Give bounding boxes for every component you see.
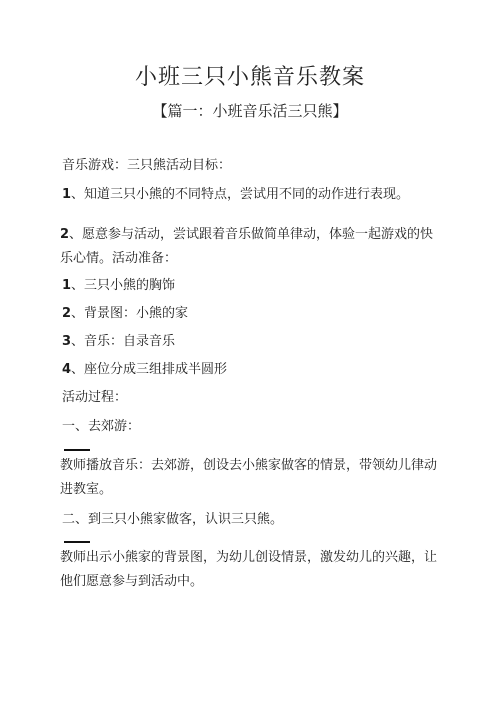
step-1-text: 教师播放音乐：去郊游，创设去小熊家做客的情景，带领幼儿律动进教室。 xyxy=(60,454,445,502)
item-text: 、知道三只小熊的不同特点，尝试用不同的动作进行表现。 xyxy=(71,187,409,202)
prep-item-1: 1、三只小熊的胸饰 xyxy=(62,274,175,293)
item-number: 2 xyxy=(60,227,69,242)
item-text: 、音乐：自录音乐 xyxy=(71,334,175,349)
item-number: 4 xyxy=(62,362,71,377)
divider xyxy=(64,541,90,543)
activity-goals-heading: 音乐游戏：三只熊活动目标： xyxy=(62,154,231,173)
item-number: 1 xyxy=(62,278,71,293)
goal-item-1: 1、知道三只小熊的不同特点，尝试用不同的动作进行表现。 xyxy=(62,183,409,202)
prep-item-3: 3、音乐：自录音乐 xyxy=(62,330,175,349)
item-number: 1 xyxy=(62,187,71,202)
item-number: 3 xyxy=(62,334,71,349)
step-2-heading: 二、到三只小熊家做客，认识三只熊。 xyxy=(62,508,283,527)
section-heading: 【篇一：小班音乐活三只熊】 xyxy=(0,100,500,121)
process-heading: 活动过程： xyxy=(62,386,127,405)
item-text: 、愿意参与活动，尝试跟着音乐做简单律动，体验一起游戏的快乐心情。活动准备： xyxy=(60,227,433,266)
item-number: 2 xyxy=(62,306,71,321)
prep-item-2: 2、背景图：小熊的家 xyxy=(62,302,188,321)
item-text: 、背景图：小熊的家 xyxy=(71,306,188,321)
step-2-text: 教师出示小熊家的背景图，为幼儿创设情景，激发幼儿的兴趣，让他们愿意参与到活动中。 xyxy=(60,546,445,594)
item-text: 、座位分成三组排成半圆形 xyxy=(71,362,227,377)
document-title: 小班三只小熊音乐教案 xyxy=(0,60,500,91)
item-text: 、三只小熊的胸饰 xyxy=(71,278,175,293)
step-1-heading: 一、去郊游： xyxy=(62,415,140,434)
goal-item-2: 2、愿意参与活动，尝试跟着音乐做简单律动，体验一起游戏的快乐心情。活动准备： xyxy=(60,223,445,271)
prep-item-4: 4、座位分成三组排成半圆形 xyxy=(62,358,227,377)
divider xyxy=(64,449,90,451)
